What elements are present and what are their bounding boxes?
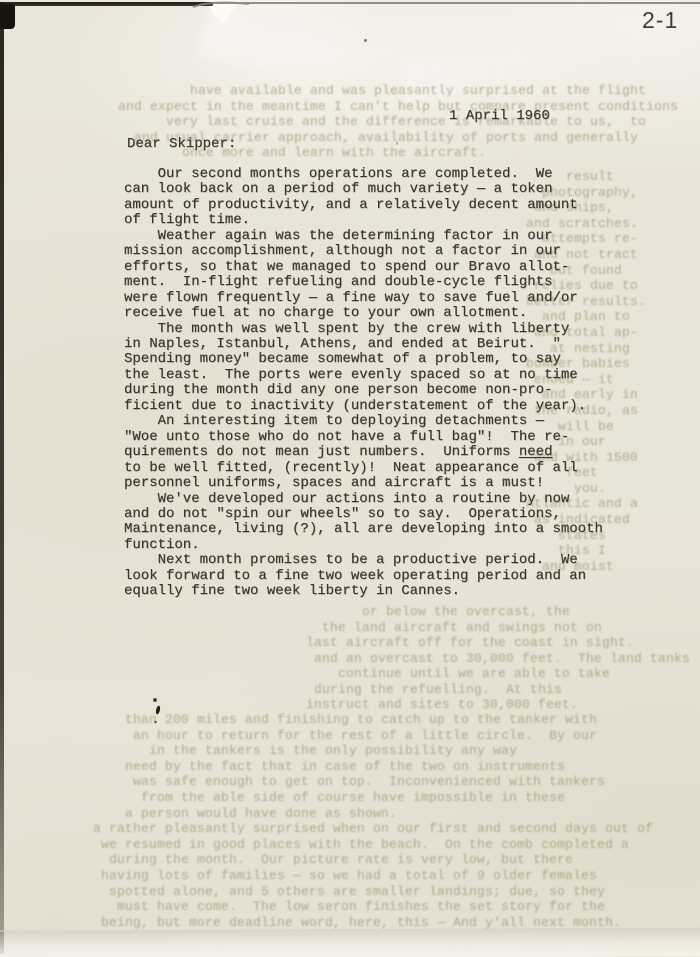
- letter-line: were flown frequently — a fine way to sa…: [124, 291, 603, 306]
- letter-paragraph: An interesting item to deploying detachm…: [124, 414, 603, 491]
- letter-paragraph: Weather again was the determining factor…: [124, 229, 603, 322]
- letter-line: "Woe unto those who do not have a full b…: [124, 430, 603, 445]
- letter-line: We've developed our actions into a routi…: [124, 492, 603, 507]
- letter-line: equally fine two week liberty in Cannes.: [124, 584, 603, 599]
- letter-body: Our second months operations are complet…: [124, 167, 603, 600]
- letter-line: efforts, so that we managed to spend our…: [124, 260, 603, 275]
- underlined-word: need: [519, 444, 553, 460]
- letter-line: Weather again was the determining factor…: [124, 229, 603, 244]
- bleedthrough-text-block: or below the overcast, the the land airc…: [298, 604, 690, 713]
- letter-paragraph: Next month promises to be a productive p…: [124, 553, 603, 599]
- letter-line: can look back on a period of much variet…: [124, 182, 603, 197]
- letter-paragraph: Our second months operations are complet…: [124, 167, 603, 229]
- letter-date: 1 April 1960: [449, 108, 550, 124]
- letter-line: receive fuel at no charge to your own al…: [124, 306, 603, 321]
- letter-paragraph: The month was well spent by the crew wit…: [124, 322, 603, 415]
- letter-salutation: Dear Skipper:: [127, 136, 236, 152]
- letter-line: function.: [124, 538, 603, 553]
- letter-line: Next month promises to be a productive p…: [124, 553, 603, 568]
- letter-line: Spending money" became somewhat of a pro…: [124, 352, 603, 367]
- letter-line: to be well fitted, (recently)! Neat appe…: [124, 461, 603, 476]
- letter-paragraph: We've developed our actions into a routi…: [124, 492, 603, 554]
- letter-line: The month was well spent by the crew wit…: [124, 322, 603, 337]
- bleedthrough-text-block: than 200 miles and finishing to catch up…: [85, 712, 653, 930]
- letter-line: An interesting item to deploying detachm…: [124, 414, 603, 429]
- letter-line: of flight time.: [124, 213, 603, 228]
- letter-line: look forward to a fine two week operatin…: [124, 569, 603, 584]
- letter-line: personnel uniforms, spaces and aircraft …: [124, 476, 603, 491]
- letter-line: ficient due to inactivity (understatemen…: [124, 399, 603, 414]
- letter-line: during the month did any one person beco…: [124, 383, 603, 398]
- letter-line: Maintenance, living (?), all are develop…: [124, 522, 603, 537]
- letter-line: ment. In-flight refueling and double-cyc…: [124, 275, 603, 290]
- letter-line: mission accomplishment, although not a f…: [124, 244, 603, 259]
- scanned-letter-page: have available and was pleasantly surpri…: [0, 0, 700, 957]
- letter-line: quirements do not mean just numbers. Uni…: [124, 445, 603, 460]
